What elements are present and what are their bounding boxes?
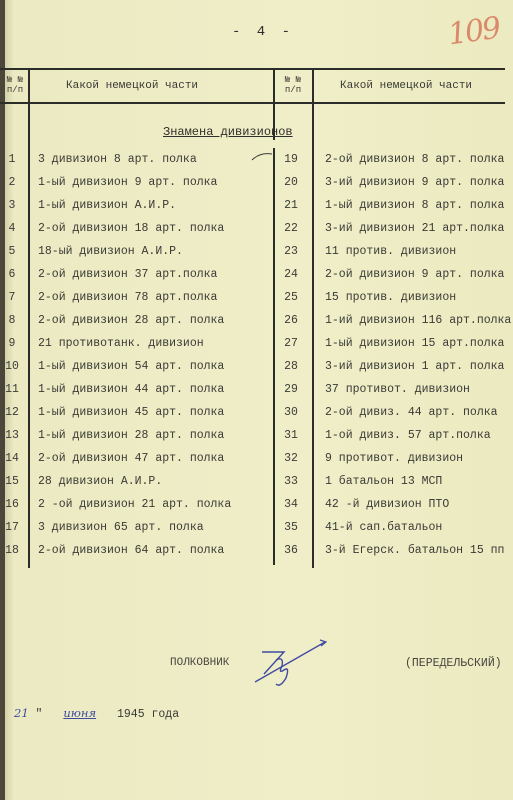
row-unit: 3-ий дивизион 1 арт. полка: [325, 360, 504, 373]
row-unit: 41-й сап.батальон: [325, 521, 442, 534]
row-unit: 3-й Егерск. батальон 15 пп: [325, 544, 504, 557]
row-number: 8: [0, 314, 24, 327]
row-number: 27: [279, 337, 303, 350]
date-year: 1945 года: [117, 708, 179, 721]
row-unit: 11 против. дивизион: [325, 245, 456, 258]
row-unit: 1-ый дивизион 44 арт. полка: [38, 383, 224, 396]
binding-edge: [0, 0, 5, 800]
row-unit: 2-ой дивизион 78 арт.полка: [38, 291, 217, 304]
ink-hook-mark: [250, 150, 274, 164]
row-number: 29: [279, 383, 303, 396]
row-number: 24: [279, 268, 303, 281]
row-number: 1: [0, 153, 24, 166]
header-left-unit: Какой немецкой части: [66, 80, 198, 92]
row-number: 14: [0, 452, 24, 465]
row-unit: 3-ий дивизион 9 арт. полка: [325, 176, 504, 189]
right-num-column-rule: [312, 68, 314, 568]
row-unit: 18-ый дивизион А.И.Р.: [38, 245, 183, 258]
row-unit: 1-ый дивизион 9 арт. полка: [38, 176, 217, 189]
row-unit: 1-ый дивизион 28 арт. полка: [38, 429, 224, 442]
row-unit: 3-ий дивизион 21 арт.полка: [325, 222, 504, 235]
row-unit: 1-ый дивизион 54 арт. полка: [38, 360, 224, 373]
header-right-number: № № п/п: [282, 75, 304, 95]
row-number: 11: [0, 383, 24, 396]
row-number: 35: [279, 521, 303, 534]
row-number: 22: [279, 222, 303, 235]
page-number: - 4 -: [232, 24, 294, 40]
row-unit: 1-ый дивизион 8 арт. полка: [325, 199, 504, 212]
row-unit: 2-ой дивизион 47 арт. полка: [38, 452, 224, 465]
row-number: 20: [279, 176, 303, 189]
row-number: 10: [0, 360, 24, 373]
row-unit: 2-ой дивизион 64 арт. полка: [38, 544, 224, 557]
date-day: 21: [14, 706, 29, 720]
header-right-unit: Какой немецкой части: [340, 80, 472, 92]
date-quote: ": [36, 708, 43, 721]
header-left-number-line2: п/п: [4, 85, 26, 95]
row-unit: 2-ой дивизион 9 арт. полка: [325, 268, 504, 281]
row-number: 34: [279, 498, 303, 511]
row-unit: 3 дивизион 65 арт. полка: [38, 521, 204, 534]
center-column-rule-lower: [273, 148, 275, 565]
row-unit: 1-ий дивизион 116 арт.полка: [325, 314, 511, 327]
signatory-name: (ПЕРЕДЕЛЬСКИЙ): [405, 657, 502, 670]
row-number: 9: [0, 337, 24, 350]
row-unit: 2-ой дивизион 8 арт. полка: [325, 153, 504, 166]
row-unit: 37 противот. дивизион: [325, 383, 470, 396]
row-unit: 2-ой дивизион 28 арт. полка: [38, 314, 224, 327]
row-unit: 1-ый дивизион 45 арт. полка: [38, 406, 224, 419]
left-num-column-rule: [28, 68, 30, 568]
row-number: 17: [0, 521, 24, 534]
row-number: 28: [279, 360, 303, 373]
archive-folio-number: 109: [446, 11, 502, 53]
row-unit: 9 противот. дивизион: [325, 452, 463, 465]
table-top-rule: [0, 68, 505, 70]
row-number: 18: [0, 544, 24, 557]
row-number: 5: [0, 245, 24, 258]
row-number: 31: [279, 429, 303, 442]
row-number: 19: [279, 153, 303, 166]
header-left-number: № № п/п: [4, 75, 26, 95]
row-number: 21: [279, 199, 303, 212]
row-unit: 21 противотанк. дивизион: [38, 337, 204, 350]
row-number: 23: [279, 245, 303, 258]
handwritten-signature: [250, 630, 330, 690]
header-right-number-line1: № №: [282, 75, 304, 85]
row-unit: 2-ой дивиз. 44 арт. полка: [325, 406, 498, 419]
row-unit: 1 батальон 13 МСП: [325, 475, 442, 488]
row-number: 12: [0, 406, 24, 419]
row-number: 7: [0, 291, 24, 304]
row-number: 33: [279, 475, 303, 488]
row-unit: 2-ой дивизион 18 арт. полка: [38, 222, 224, 235]
signatory-rank: ПОЛКОВНИК: [170, 657, 229, 669]
date-month: июня: [63, 706, 96, 720]
document-date: 21 " июня 1945 года: [14, 706, 179, 721]
row-unit: 15 против. дивизион: [325, 291, 456, 304]
row-number: 3: [0, 199, 24, 212]
row-number: 4: [0, 222, 24, 235]
row-number: 6: [0, 268, 24, 281]
row-number: 15: [0, 475, 24, 488]
row-unit: 1-ый дивизион А.И.Р.: [38, 199, 176, 212]
row-unit: 3 дивизион 8 арт. полка: [38, 153, 197, 166]
row-number: 13: [0, 429, 24, 442]
row-unit: 1-ый дивизион 15 арт.полка: [325, 337, 504, 350]
row-unit: 28 дивизион А.И.Р.: [38, 475, 162, 488]
header-left-number-line1: № №: [4, 75, 26, 85]
row-number: 36: [279, 544, 303, 557]
row-unit: 2 -ой дивизион 21 арт. полка: [38, 498, 231, 511]
header-right-number-line2: п/п: [282, 85, 304, 95]
row-unit: 42 -й дивизион ПТО: [325, 498, 449, 511]
row-number: 26: [279, 314, 303, 327]
section-title: Знамена дивизионов: [163, 125, 293, 139]
row-number: 16: [0, 498, 24, 511]
row-number: 32: [279, 452, 303, 465]
row-unit: 2-ой дивизион 37 арт.полка: [38, 268, 217, 281]
row-number: 30: [279, 406, 303, 419]
document-page: - 4 - 109 № № п/п Какой немецкой части №…: [0, 0, 513, 800]
table-header-rule: [0, 102, 505, 104]
row-number: 2: [0, 176, 24, 189]
row-unit: 1-ой дивиз. 57 арт.полка: [325, 429, 491, 442]
row-number: 25: [279, 291, 303, 304]
